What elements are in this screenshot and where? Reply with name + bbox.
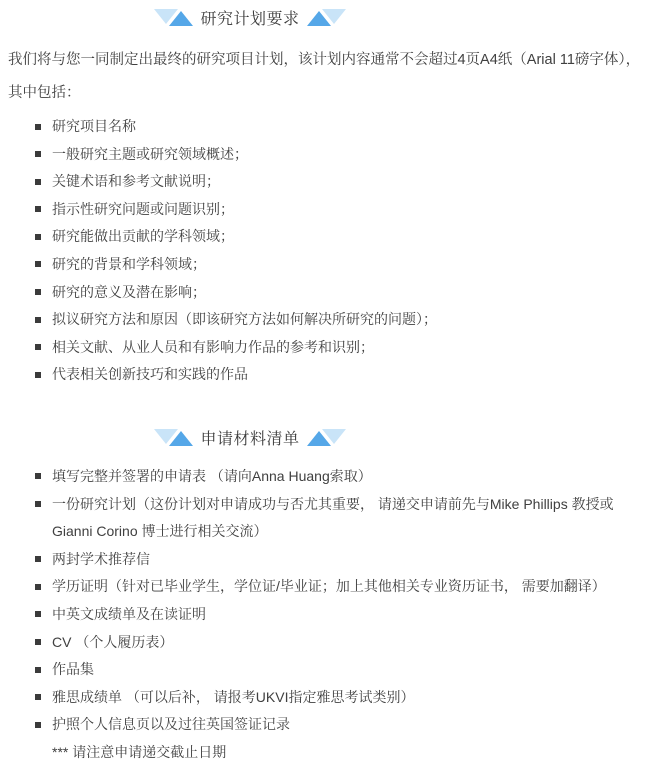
list-item: 关键术语和参考文献说明；: [35, 168, 650, 196]
bullet-square-icon: [35, 317, 41, 323]
bullet-square-icon: [35, 344, 41, 350]
list-item: 作品集: [35, 656, 650, 684]
list-item: 雅思成绩单 （可以后补， 请报考UKVI指定雅思考试类别）: [35, 684, 650, 712]
deadline-footnote: *** 请注意申请递交截止日期: [52, 739, 660, 767]
document-page: 研究计划要求 我们将与您一同制定出最终的研究项目计划，该计划内容通常不会超过4页…: [0, 0, 660, 780]
application-materials-list: 填写完整并签署的申请表 （请向Anna Huang索取） 一份研究计划（这份计划…: [35, 463, 650, 739]
bullet-square-icon: [35, 372, 41, 378]
bullet-square-icon: [35, 584, 41, 590]
list-item: 研究能做出贡献的学科领域；: [35, 223, 650, 251]
list-item-text: 护照个人信息页以及过往英国签证记录: [52, 716, 290, 732]
list-item: 两封学术推荐信: [35, 546, 650, 574]
list-item-text: 关键术语和参考文献说明；: [52, 173, 220, 189]
list-item-text: 作品集: [52, 661, 94, 677]
list-item: 指示性研究问题或问题识别；: [35, 196, 650, 224]
bullet-square-icon: [35, 611, 41, 617]
list-item-text: 代表相关创新技巧和实践的作品: [52, 366, 248, 382]
list-item-text: 一份研究计划（这份计划对申请成功与否尤其重要， 请递交申请前先与Mike Phi…: [52, 496, 614, 540]
bullet-square-icon: [35, 556, 41, 562]
list-item: 一份研究计划（这份计划对申请成功与否尤其重要， 请递交申请前先与Mike Phi…: [35, 491, 650, 546]
bullet-square-icon: [35, 124, 41, 130]
list-item: 护照个人信息页以及过往英国签证记录: [35, 711, 650, 739]
list-item: 研究项目名称: [35, 113, 650, 141]
list-item: 研究的意义及潜在影响；: [35, 279, 650, 307]
research-plan-list: 研究项目名称 一般研究主题或研究领域概述； 关键术语和参考文献说明； 指示性研究…: [35, 113, 650, 389]
triangle-up-icon: [307, 11, 331, 26]
intro-paragraph: 我们将与您一同制定出最终的研究项目计划，该计划内容通常不会超过4页A4纸（Ari…: [8, 44, 660, 110]
list-item: CV （个人履历表）: [35, 629, 650, 657]
bullet-square-icon: [35, 667, 41, 673]
list-item: 一般研究主题或研究领域概述；: [35, 141, 650, 169]
list-item: 相关文献、从业人员和有影响力作品的参考和识别；: [35, 334, 650, 362]
bullet-square-icon: [35, 722, 41, 728]
list-item: 代表相关创新技巧和实践的作品: [35, 361, 650, 389]
list-item-text: 填写完整并签署的申请表 （请向Anna Huang索取）: [52, 468, 372, 484]
list-item: 拟议研究方法和原因（即该研究方法如何解决所研究的问题）；: [35, 306, 650, 334]
list-item-text: 指示性研究问题或问题识别；: [52, 201, 234, 217]
section-title-research-plan: 研究计划要求: [200, 6, 299, 29]
list-item-text: 拟议研究方法和原因（即该研究方法如何解决所研究的问题）；: [52, 311, 437, 327]
bullet-square-icon: [35, 179, 41, 185]
list-item-text: 雅思成绩单 （可以后补， 请报考UKVI指定雅思考试类别）: [52, 689, 414, 705]
list-item-text: 研究的意义及潜在影响；: [52, 284, 206, 300]
list-item-text: 研究能做出贡献的学科领域；: [52, 228, 234, 244]
bullet-square-icon: [35, 289, 41, 295]
list-item-text: 研究的背景和学科领域；: [52, 256, 206, 272]
list-item-text: 中英文成绩单及在读证明: [52, 606, 206, 622]
triangle-up-icon: [307, 431, 331, 446]
list-item: 研究的背景和学科领域；: [35, 251, 650, 279]
list-item-text: 研究项目名称: [52, 118, 136, 134]
section-header-research-plan: 研究计划要求: [0, 8, 500, 26]
list-item-text: 相关文献、从业人员和有影响力作品的参考和识别；: [52, 339, 374, 355]
triangle-up-icon: [169, 431, 193, 446]
list-item-text: 一般研究主题或研究领域概述；: [52, 146, 248, 162]
bullet-square-icon: [35, 206, 41, 212]
bullet-square-icon: [35, 473, 41, 479]
bullet-square-icon: [35, 151, 41, 157]
bullet-square-icon: [35, 501, 41, 507]
list-item: 填写完整并签署的申请表 （请向Anna Huang索取）: [35, 463, 650, 491]
list-item-text: 两封学术推荐信: [52, 551, 150, 567]
triangle-up-icon: [169, 11, 193, 26]
bullet-square-icon: [35, 261, 41, 267]
section-title-application-materials: 申请材料清单: [200, 426, 299, 449]
list-item-text: CV （个人履历表）: [52, 634, 173, 650]
list-item-text: 学历证明（针对已毕业学生，学位证/毕业证；加上其他相关专业资历证书， 需要加翻译…: [52, 578, 606, 594]
bullet-square-icon: [35, 694, 41, 700]
section-header-application-materials: 申请材料清单: [0, 429, 500, 447]
list-item: 中英文成绩单及在读证明: [35, 601, 650, 629]
bullet-square-icon: [35, 234, 41, 240]
list-item: 学历证明（针对已毕业学生，学位证/毕业证；加上其他相关专业资历证书， 需要加翻译…: [35, 573, 650, 601]
bullet-square-icon: [35, 639, 41, 645]
